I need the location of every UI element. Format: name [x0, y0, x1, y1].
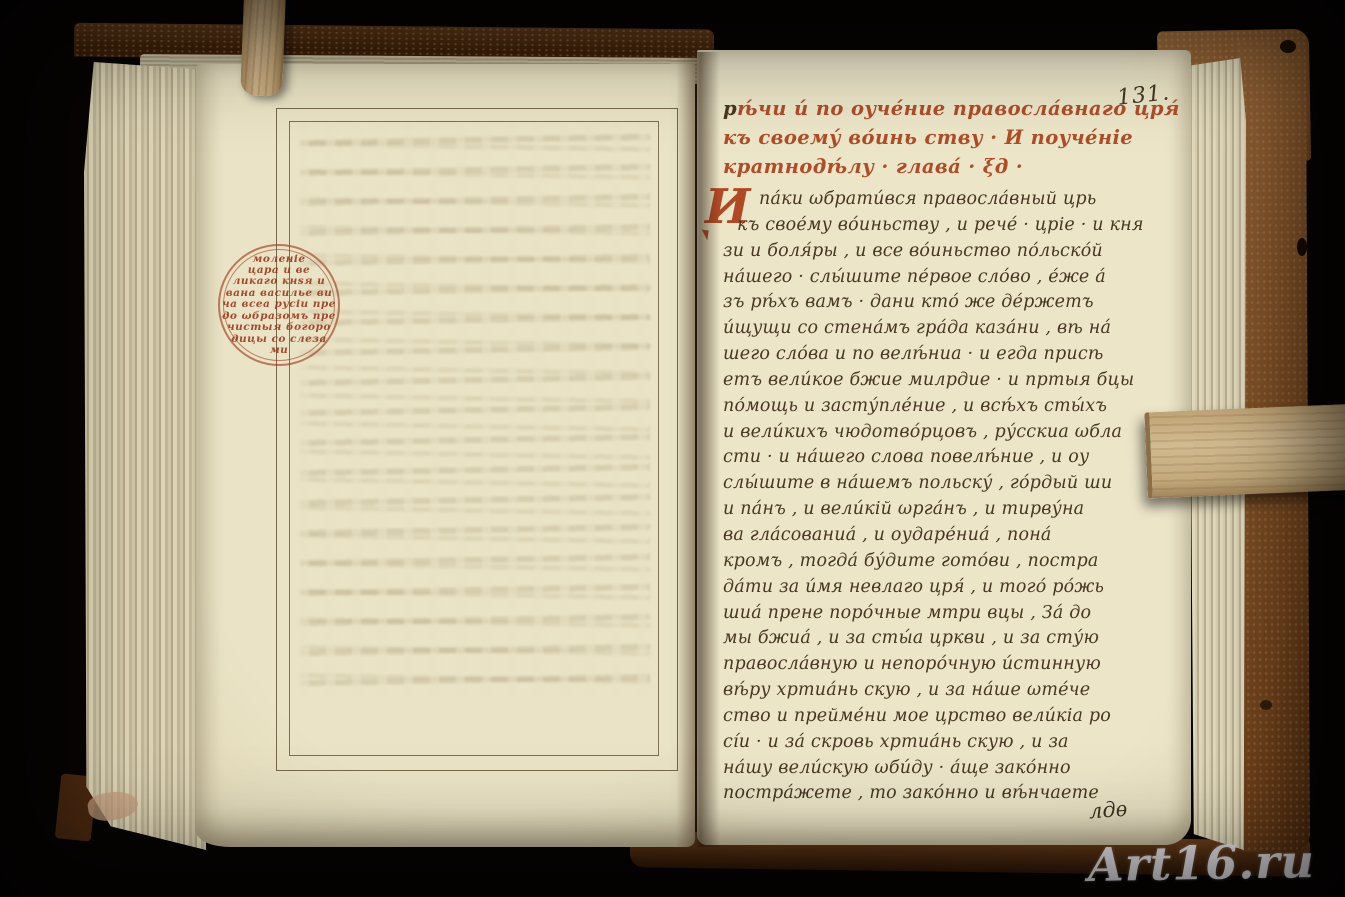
wooden-stick-right: [1144, 404, 1345, 499]
seal-text-line: дицы со слеза: [231, 334, 327, 345]
manuscript-line: на́шего · слы́шите пе́рвое сло́во , е́же…: [723, 267, 1175, 293]
seal-text-line: ми: [270, 345, 289, 356]
manuscript-line: сти · и на́шего слова повелѣ́ние , и оу: [723, 447, 1175, 473]
seal-text-line: ча всеа русіи пре: [222, 299, 336, 310]
chapter-heading: рѣ́чи и́ по оуче́ние правосла́внаго цря́…: [723, 97, 1173, 184]
manuscript-line: и́щущи со стена́мъ гра́да каза́ни , вѣ н…: [723, 318, 1175, 344]
leather-stain: [1260, 700, 1272, 710]
manuscript-line: мы бжиа́ , и за сты́а цркви , и за сту́ю: [723, 628, 1175, 654]
manuscript-line: и па́нъ , и вели́кій ωрга́нъ , и тирву́н…: [723, 499, 1175, 525]
manuscript-body: па́ки ωбрати́вся правосла́вный црь къ св…: [723, 189, 1175, 809]
left-page: моленіе цара и ве ликаго кнѕя и вана вас…: [196, 64, 695, 847]
heading-line: кратнодѣ́лу · глава́ · ξд ·: [723, 155, 1173, 184]
manuscript-line: правосла́вную и непоро́чную и́стинную: [723, 654, 1175, 680]
heading-initial-letter: р: [723, 97, 737, 120]
paragraph-mark: [700, 230, 708, 241]
manuscript-line: и вели́кихъ чюдотво́рцовъ , ру́сскиа ωбл…: [723, 422, 1175, 448]
quire-mark: лдѳ: [1088, 797, 1128, 824]
leather-stain: [1280, 40, 1296, 53]
manuscript-line: шиа́ прене поро́чные мтри вцы , За́ до: [723, 603, 1175, 629]
manuscript-line: на́шу вели́скую ωби́ду · а́ще зако́нно: [723, 758, 1175, 784]
manuscript-line: сі́и · и за́ скровь хртиа́нь скую , и за: [723, 732, 1175, 758]
manuscript-line: етъ вели́кое бжие милрдие · и пртыя бцы: [723, 370, 1175, 396]
manuscript-photo: моленіе цара и ве ликаго кнѕя и вана вас…: [0, 0, 1345, 897]
heading-line: рѣ́чи и́ по оуче́ние правосла́внаго цря́: [723, 97, 1173, 126]
manuscript-line: да́ти за и́мя невлаго цря́ , и того́ ро́…: [723, 577, 1175, 603]
seal-text-line: чистыя богоро: [227, 322, 331, 333]
manuscript-line: кромъ , тогда́ бу́дите гото́ви , постра: [723, 551, 1175, 577]
leather-stain: [1297, 238, 1307, 256]
seal-text-line: вана василье ви: [226, 288, 333, 299]
owner-seal-stamp: моленіе цара и ве ликаго кнѕя и вана вас…: [218, 244, 340, 366]
manuscript-line: ство и прейме́ни мое црство вели́кіа ро: [723, 706, 1175, 732]
seal-text-line: моленіе: [252, 254, 305, 265]
seal-text-line: цара и ве: [248, 265, 310, 276]
manuscript-line: шего сло́ва и по велѣ́ниа · и егда присѣ: [723, 344, 1175, 370]
seal-text-line: до ωбразомъ пре: [222, 311, 336, 322]
manuscript-line: по́мощь и засту́пле́ние , и всѣ́хъ сты́х…: [723, 396, 1175, 422]
site-watermark: Art16.ru: [1088, 834, 1316, 892]
left-page-stack-edge: [84, 62, 206, 850]
heading-line-text: ѣ́чи и́ по оуче́ние правосла́внаго цря́: [737, 97, 1180, 120]
manuscript-line: ва гла́сованиа́ , и оударе́ниа́ , пона́: [723, 525, 1175, 551]
seal-text-line: ликаго кнѕя и: [233, 276, 326, 287]
manuscript-line: зъ рѣ́хъ вамъ · дани кто́ же де́ржетъ: [723, 292, 1175, 318]
manuscript-line: слы́шите в на́шемъ польску́ , го́рдый ши: [723, 473, 1175, 499]
manuscript-line: зи и боля́ры , и все во́иньство по́льско…: [723, 241, 1175, 267]
wooden-stick-top: [240, 0, 286, 97]
manuscript-line: къ свое́му во́иньству , и рече́ · цріе ·…: [737, 215, 1175, 241]
heading-line: къ своему́ во́инь ству · И поуче́ніе: [723, 126, 1173, 155]
right-page: 131. рѣ́чи и́ по оуче́ние правосла́внаго…: [697, 50, 1191, 845]
manuscript-line: па́ки ωбрати́вся правосла́вный црь: [759, 189, 1175, 215]
manuscript-line: вѣ́ру хртиа́нь скую , и за на́ше ωте́че: [723, 680, 1175, 706]
ruled-frame-inner: [289, 121, 659, 756]
